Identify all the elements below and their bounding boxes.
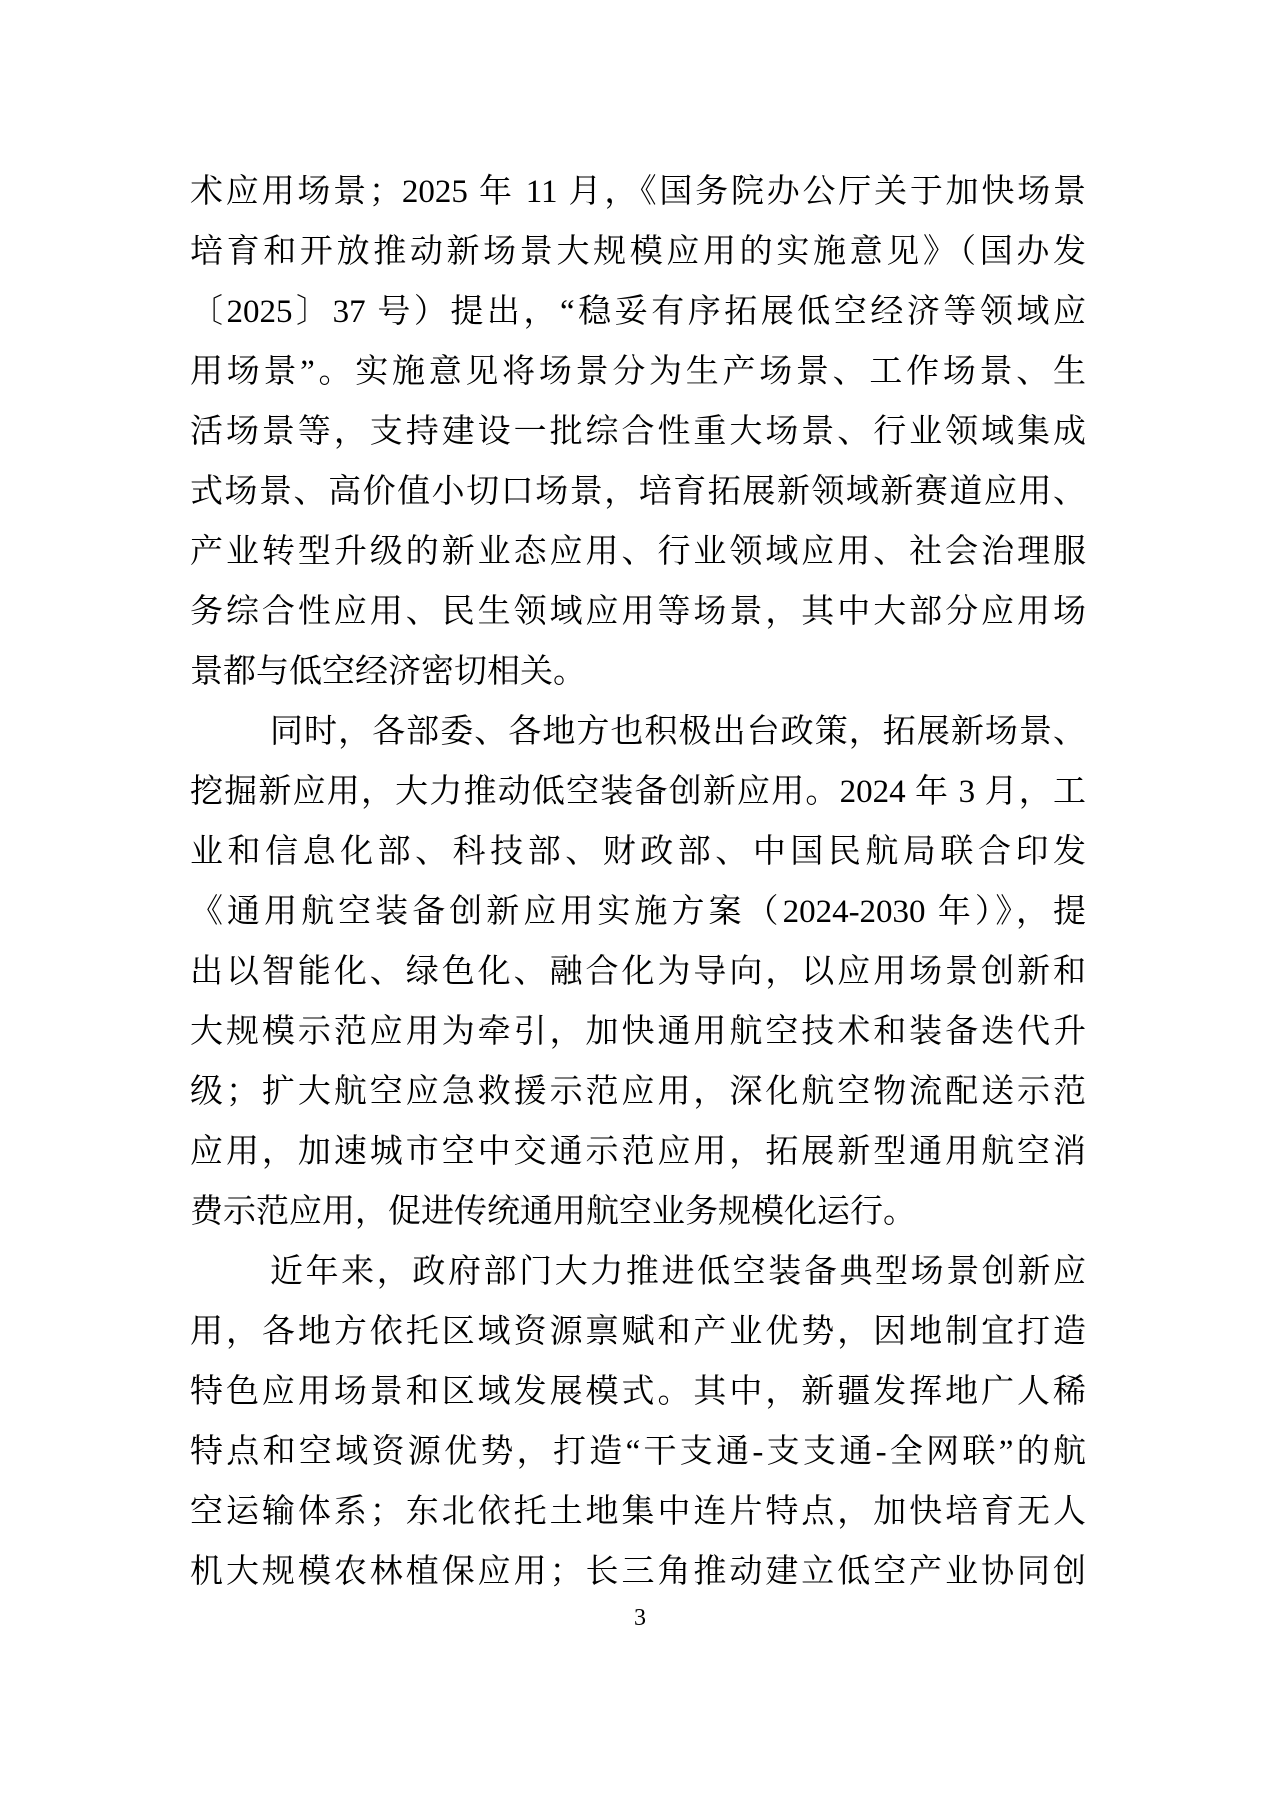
- text-line: 业和信息化部、科技部、财政部、中国民航局联合印发: [190, 822, 1086, 882]
- text-line: 费示范应用，促进传统通用航空业务规模化运行。: [190, 1182, 1086, 1242]
- text-line: 特点和空域资源优势，打造“干支通-支支通-全网联”的航: [190, 1422, 1086, 1482]
- text-line: 挖掘新应用，大力推动低空装备创新应用。2024 年 3 月，工: [190, 762, 1086, 822]
- text-line: 近年来，政府部门大力推进低空装备典型场景创新应: [190, 1242, 1086, 1302]
- paragraph-3: 近年来，政府部门大力推进低空装备典型场景创新应 用，各地方依托区域资源禀赋和产业…: [190, 1242, 1086, 1602]
- text-line: 务综合性应用、民生领域应用等场景，其中大部分应用场: [190, 582, 1086, 642]
- text-line: 培育和开放推动新场景大规模应用的实施意见》（国办发: [190, 222, 1086, 282]
- text-line: 《通用航空装备创新应用实施方案（2024-2030 年）》，提: [190, 882, 1086, 942]
- paragraph-2: 同时，各部委、各地方也积极出台政策，拓展新场景、 挖掘新应用，大力推动低空装备创…: [190, 702, 1086, 1242]
- text-line: 用，各地方依托区域资源禀赋和产业优势，因地制宜打造: [190, 1302, 1086, 1362]
- paragraph-1: 术应用场景；2025 年 11 月，《国务院办公厅关于加快场景 培育和开放推动新…: [190, 162, 1086, 702]
- document-body: 术应用场景；2025 年 11 月，《国务院办公厅关于加快场景 培育和开放推动新…: [190, 162, 1086, 1602]
- page-number: 3: [634, 1605, 646, 1631]
- text-line: 式场景、高价值小切口场景，培育拓展新领域新赛道应用、: [190, 462, 1086, 522]
- text-line: 应用，加速城市空中交通示范应用，拓展新型通用航空消: [190, 1122, 1086, 1182]
- text-line: 同时，各部委、各地方也积极出台政策，拓展新场景、: [190, 702, 1086, 762]
- text-line: 出以智能化、绿色化、融合化为导向，以应用场景创新和: [190, 942, 1086, 1002]
- text-line: 特色应用场景和区域发展模式。其中，新疆发挥地广人稀: [190, 1362, 1086, 1422]
- text-line: 产业转型升级的新业态应用、行业领域应用、社会治理服: [190, 522, 1086, 582]
- page-footer: 3: [0, 1600, 1280, 1636]
- text-line: 活场景等，支持建设一批综合性重大场景、行业领域集成: [190, 402, 1086, 462]
- text-line: 用场景”。实施意见将场景分为生产场景、工作场景、生: [190, 342, 1086, 402]
- document-page: 术应用场景；2025 年 11 月，《国务院办公厅关于加快场景 培育和开放推动新…: [0, 0, 1280, 1810]
- text-line: 级；扩大航空应急救援示范应用，深化航空物流配送示范: [190, 1062, 1086, 1122]
- text-line: 〔2025〕37 号）提出，“稳妥有序拓展低空经济等领域应: [190, 282, 1086, 342]
- text-line: 术应用场景；2025 年 11 月，《国务院办公厅关于加快场景: [190, 162, 1086, 222]
- text-line: 大规模示范应用为牵引，加快通用航空技术和装备迭代升: [190, 1002, 1086, 1062]
- text-line: 景都与低空经济密切相关。: [190, 642, 1086, 702]
- text-line: 空运输体系；东北依托土地集中连片特点，加快培育无人: [190, 1482, 1086, 1542]
- text-line: 机大规模农林植保应用；长三角推动建立低空产业协同创: [190, 1542, 1086, 1602]
